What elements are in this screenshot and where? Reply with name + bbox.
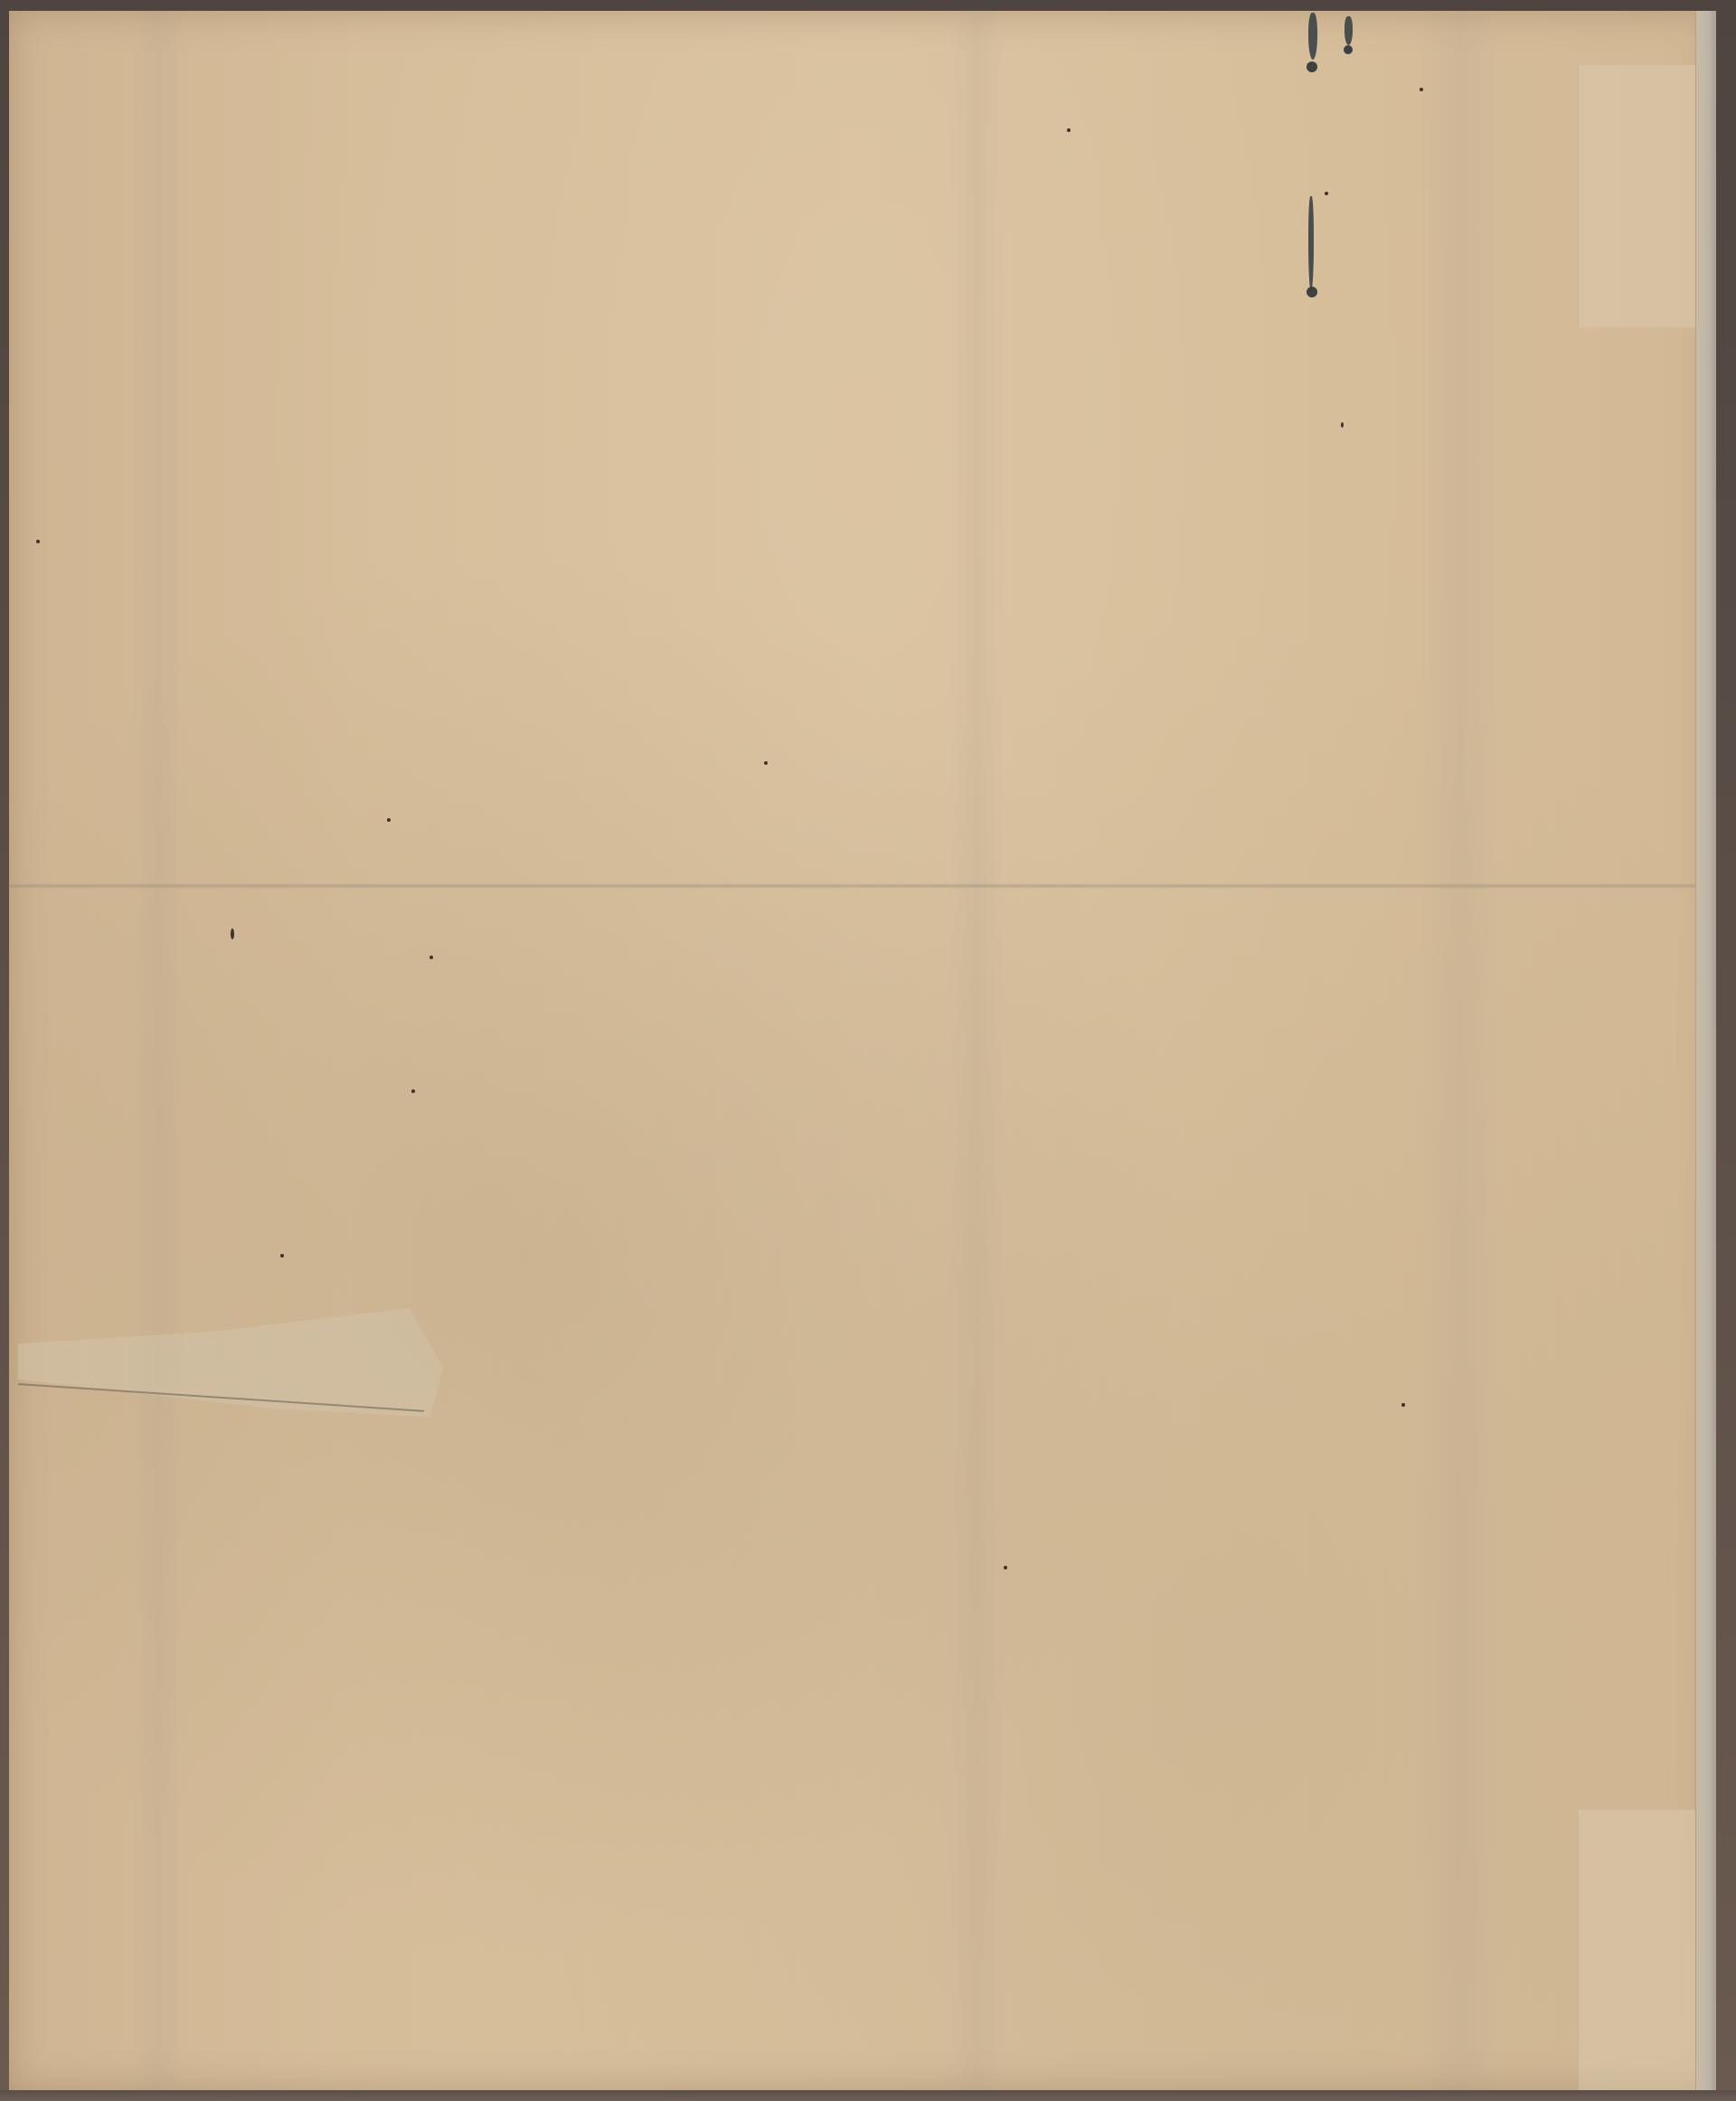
board-bottom-edge <box>0 2090 1736 2101</box>
paper-edge-strip <box>1695 11 1716 2090</box>
paper-patch <box>1578 1810 1696 2099</box>
ink-speck <box>36 540 40 543</box>
ink-speck <box>1325 192 1328 195</box>
ink-speck <box>231 928 234 939</box>
paper-patch <box>1578 65 1696 327</box>
ink-speck <box>764 761 768 765</box>
fold-crease <box>9 883 1716 889</box>
ink-drip <box>1307 287 1317 297</box>
paper-stain <box>949 11 1004 2090</box>
ink-speck <box>1341 422 1344 428</box>
ink-speck <box>1420 88 1423 91</box>
ink-drip <box>1308 196 1314 291</box>
paper-stain <box>131 11 185 2090</box>
ink-drip <box>1344 45 1353 54</box>
ink-speck <box>1004 1566 1007 1569</box>
ink-drip <box>1308 13 1317 60</box>
aged-paper-sheet <box>9 11 1716 2090</box>
ink-speck <box>1067 128 1071 132</box>
ink-drip <box>1344 16 1353 45</box>
ink-speck <box>411 1089 415 1093</box>
ink-drip <box>1307 61 1317 72</box>
ink-speck <box>280 1254 284 1258</box>
ink-speck <box>1401 1403 1405 1407</box>
paper-stain <box>1420 11 1501 2090</box>
ink-speck <box>387 818 391 822</box>
ink-speck <box>429 956 433 959</box>
